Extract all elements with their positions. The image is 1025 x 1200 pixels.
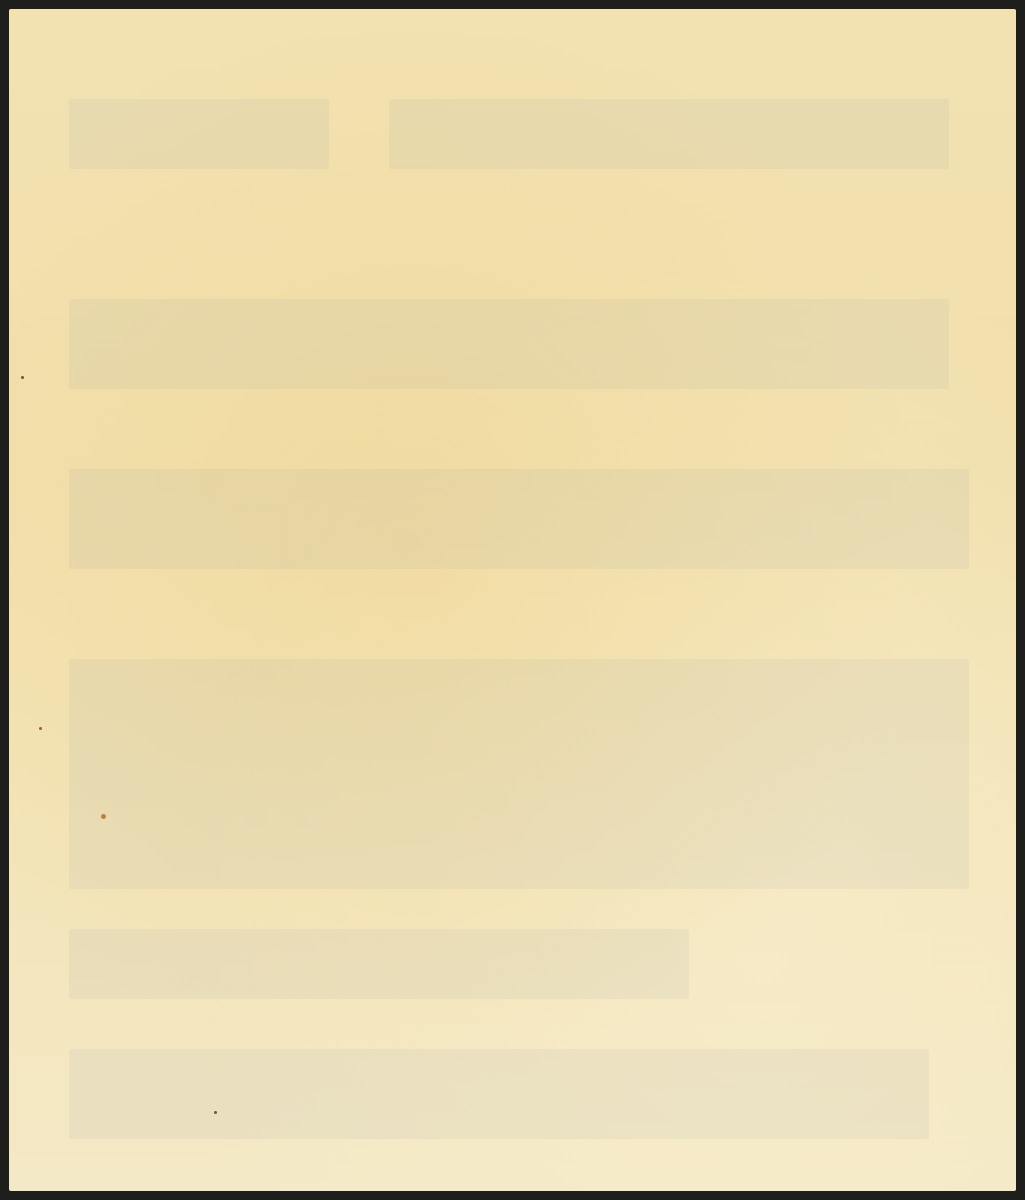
show-through-text-block bbox=[69, 929, 689, 999]
paper-speck bbox=[101, 814, 106, 819]
paper-speck bbox=[21, 376, 24, 379]
show-through-text-block bbox=[69, 659, 969, 889]
show-through-text-block bbox=[389, 99, 949, 169]
paper-sheet bbox=[9, 9, 1016, 1191]
show-through-text-block bbox=[69, 469, 969, 569]
show-through-text-block bbox=[69, 1049, 929, 1139]
show-through-text-block bbox=[69, 99, 329, 169]
show-through-text-block bbox=[69, 299, 949, 389]
paper-speck bbox=[214, 1111, 217, 1114]
paper-speck bbox=[39, 727, 42, 730]
